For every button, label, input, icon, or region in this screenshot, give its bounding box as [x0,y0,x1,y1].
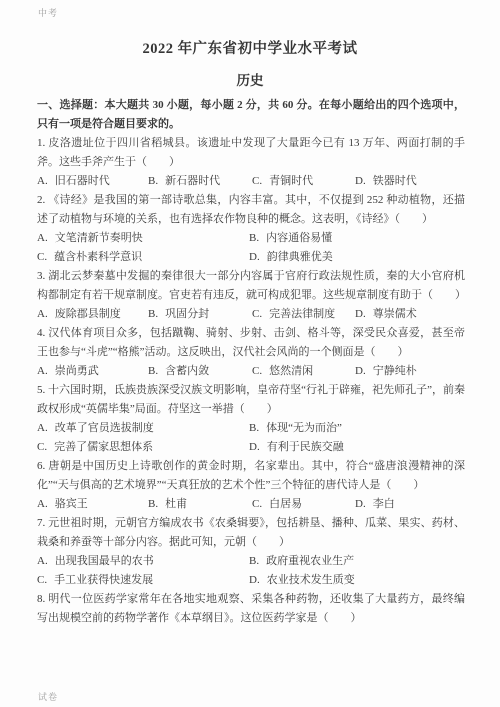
option-text: 韵律典雅优美 [267,251,333,263]
option-label: D. [355,362,366,381]
option-label: C. [252,172,262,191]
question-2-option-b: B.内容通俗易懂 [249,229,465,248]
question-7-options: A.出现我国最早的农书 B.政府重视农业生产 C.手工业获得快速发展 D.农业技… [37,552,465,590]
question-4-stem: 4. 汉代体育项目众多，包括蹴鞠、骑射、步射、击剑、格斗等，深受民众喜爱，甚至帝… [37,324,465,362]
option-text: 巩固分封 [165,308,209,320]
option-text: 宁静纯朴 [373,365,417,377]
question-1-option-c: C.青铜时代 [252,172,355,191]
question-7: 7. 元世祖时期，元朝官方编成农书《农桑辑要》，包括耕垦、播种、瓜菜、果实、药材… [37,514,465,590]
option-text: 白居易 [269,498,302,510]
option-label: A. [37,172,48,191]
option-text: 文笔清新节奏明快 [55,232,143,244]
question-6-option-d: D.李白 [355,495,465,514]
question-1-option-a: A.旧石器时代 [37,172,148,191]
watermark-bottom: 试卷 [38,690,58,703]
question-3-options: A.废除郡县制度 B.巩固分封 C.完善法律制度 D.尊崇儒术 [37,305,465,324]
option-label: B. [148,305,158,324]
question-6-options: A.骆宾王 B.杜甫 C.白居易 D.李白 [37,495,465,514]
question-2-option-c: C.蕴含朴素科学意识 [37,248,249,267]
question-4-option-a: A.崇尚勇武 [37,362,148,381]
option-label: D. [249,438,260,457]
option-label: C. [37,438,47,457]
question-5-option-c: C.完善了儒家思想体系 [37,438,249,457]
option-text: 体现“无为而治” [266,422,342,434]
option-label: B. [249,552,259,571]
option-text: 尊崇儒术 [373,308,417,320]
question-6-option-c: C.白居易 [252,495,355,514]
option-label: D. [355,495,366,514]
question-5-option-b: B.体现“无为而治” [249,419,465,438]
question-1: 1. 皮洛遗址位于四川省稻城县。该遗址中发现了大量距今已有 13 万年、两面打制… [37,134,465,191]
option-label: C. [37,248,47,267]
question-2-stem: 2. 《诗经》是我国的第一部诗歌总集，内容丰富。其中，不仅提到 252 种动植物… [37,191,465,229]
option-label: B. [249,419,259,438]
question-1-option-b: B.新石器时代 [148,172,252,191]
option-label: D. [355,172,366,191]
question-5-option-d: D.有利于民族交融 [249,438,465,457]
question-4-option-c: C.悠然清闲 [252,362,355,381]
question-1-stem: 1. 皮洛遗址位于四川省稻城县。该遗址中发现了大量距今已有 13 万年、两面打制… [37,134,465,172]
option-text: 出现我国最早的农书 [55,555,154,567]
option-label: A. [37,362,48,381]
question-3-option-b: B.巩固分封 [148,305,252,324]
question-6-option-b: B.杜甫 [148,495,252,514]
option-text: 内容通俗易懂 [266,232,332,244]
option-text: 旧石器时代 [55,175,110,187]
question-2-options: A.文笔清新节奏明快 B.内容通俗易懂 C.蕴含朴素科学意识 D.韵律典雅优美 [37,229,465,267]
question-7-option-c: C.手工业获得快速发展 [37,571,249,590]
question-2-option-d: D.韵律典雅优美 [249,248,465,267]
question-4-option-b: B.含蓄内敛 [148,362,252,381]
option-text: 崇尚勇武 [55,365,99,377]
option-label: A. [37,419,48,438]
option-text: 政府重视农业生产 [266,555,354,567]
question-7-option-a: A.出现我国最早的农书 [37,552,249,571]
question-3-option-c: C.完善法律制度 [252,305,355,324]
option-text: 新石器时代 [165,175,220,187]
option-text: 骆宾王 [55,498,88,510]
option-text: 改革了官员选拔制度 [55,422,154,434]
option-text: 有利于民族交融 [267,441,344,453]
option-label: D. [249,248,260,267]
option-label: C. [252,495,262,514]
question-1-option-d: D.铁器时代 [355,172,465,191]
question-8: 8. 明代一位医药学家常年在各地实地观察、采集各种药物，还收集了大量药方，最终编… [37,590,465,628]
question-7-option-d: D.农业技术发生质变 [249,571,465,590]
watermark-top: 中考 [38,6,58,19]
exam-title: 2022 年广东省初中学业水平考试 [0,0,500,58]
question-2: 2. 《诗经》是我国的第一部诗歌总集，内容丰富。其中，不仅提到 252 种动植物… [37,191,465,267]
question-4: 4. 汉代体育项目众多，包括蹴鞠、骑射、步射、击剑、格斗等，深受民众喜爱，甚至帝… [37,324,465,381]
option-text: 铁器时代 [373,175,417,187]
question-7-stem: 7. 元世祖时期，元朝官方编成农书《农桑辑要》，包括耕垦、播种、瓜菜、果实、药材… [37,514,465,552]
option-text: 杜甫 [165,498,187,510]
question-7-option-b: B.政府重视农业生产 [249,552,465,571]
option-text: 李白 [373,498,395,510]
question-1-options: A.旧石器时代 B.新石器时代 C.青铜时代 D.铁器时代 [37,172,465,191]
question-5-options: A.改革了官员选拔制度 B.体现“无为而治” C.完善了儒家思想体系 D.有利于… [37,419,465,457]
option-label: A. [37,305,48,324]
option-text: 农业技术发生质变 [267,574,355,586]
option-label: B. [249,229,259,248]
question-8-stem: 8. 明代一位医药学家常年在各地实地观察、采集各种药物，还收集了大量药方，最终编… [37,590,465,628]
option-label: A. [37,495,48,514]
exam-paper-page: 中考 2022 年广东省初中学业水平考试 历史 一、选择题：本大题共 30 小题… [0,0,500,707]
question-5: 5. 十六国时期，氐族贵族深受汉族文明影响，皇帝苻坚“行礼于辟雍，祀先师孔子”，… [37,381,465,457]
option-label: A. [37,552,48,571]
exam-body: 一、选择题：本大题共 30 小题，每小题 2 分，共 60 分。在每小题给出的四… [0,89,500,628]
question-6-option-a: A.骆宾王 [37,495,148,514]
question-6: 6. 唐朝是中国历史上诗歌创作的黄金时期，名家辈出。其中，符合“盛唐浪漫精神的深… [37,457,465,514]
option-text: 废除郡县制度 [55,308,121,320]
question-2-option-a: A.文笔清新节奏明快 [37,229,249,248]
option-label: D. [249,571,260,590]
section-intro: 一、选择题：本大题共 30 小题，每小题 2 分，共 60 分。在每小题给出的四… [37,96,465,134]
option-label: B. [148,172,158,191]
question-3-stem: 3. 湖北云梦秦墓中发掘的秦律很大一部分内容属于官府行政法规性质，秦的大小官府机… [37,267,465,305]
question-4-option-d: D.宁静纯朴 [355,362,465,381]
exam-subject: 历史 [0,69,500,89]
question-5-stem: 5. 十六国时期，氐族贵族深受汉族文明影响，皇帝苻坚“行礼于辟雍，祀先师孔子”，… [37,381,465,419]
option-label: A. [37,229,48,248]
option-text: 完善法律制度 [269,308,335,320]
option-text: 含蓄内敛 [165,365,209,377]
question-4-options: A.崇尚勇武 B.含蓄内敛 C.悠然清闲 D.宁静纯朴 [37,362,465,381]
option-text: 完善了儒家思想体系 [54,441,153,453]
option-label: B. [148,495,158,514]
question-3-option-d: D.尊崇儒术 [355,305,465,324]
option-label: D. [355,305,366,324]
question-6-stem: 6. 唐朝是中国历史上诗歌创作的黄金时期，名家辈出。其中，符合“盛唐浪漫精神的深… [37,457,465,495]
option-label: C. [37,571,47,590]
option-label: C. [252,362,262,381]
option-label: B. [148,362,158,381]
option-text: 手工业获得快速发展 [54,574,153,586]
option-text: 青铜时代 [269,175,313,187]
question-5-option-a: A.改革了官员选拔制度 [37,419,249,438]
option-text: 蕴含朴素科学意识 [54,251,142,263]
option-text: 悠然清闲 [269,365,313,377]
question-3-option-a: A.废除郡县制度 [37,305,148,324]
question-3: 3. 湖北云梦秦墓中发掘的秦律很大一部分内容属于官府行政法规性质，秦的大小官府机… [37,267,465,324]
option-label: C. [252,305,262,324]
